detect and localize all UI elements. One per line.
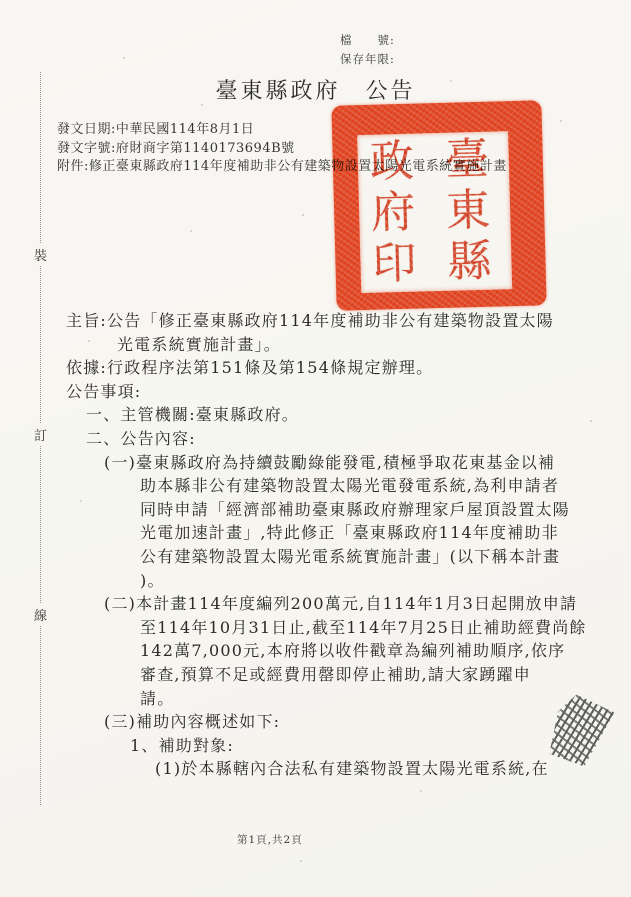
- page-number-footer: 第1頁,共2頁: [237, 832, 303, 847]
- binding-char-xian: 線: [33, 603, 48, 626]
- file-info-block: 檔 號: 保存年限:: [340, 31, 395, 69]
- body-line: 主旨:公告「修正臺東縣政府114年度補助非公有建築物設置太陽: [66, 309, 587, 333]
- body-line: 請。: [66, 687, 587, 711]
- body-line: (一)臺東縣政府為持續鼓勵綠能發電,積極爭取花東基金以補: [66, 451, 587, 475]
- body-line: 同時申請「經濟部補助臺東縣政府辦理家戶屋頂設置太陽: [66, 498, 587, 522]
- scanned-announcement-page: 檔 號: 保存年限: 臺東縣政府 公告 發文日期:中華民國114年8月1日 發文…: [0, 0, 631, 897]
- body-line: )。: [66, 569, 587, 593]
- binding-char-zhuang: 裝: [33, 243, 48, 266]
- body-line: 依據:行政程序法第151條及第154條規定辦理。: [66, 356, 587, 380]
- body-line: 1、補助對象:: [66, 734, 587, 758]
- body-line: 二、公告內容:: [66, 427, 587, 451]
- announcement-body: 主旨:公告「修正臺東縣政府114年度補助非公有建築物設置太陽 光電系統實施計畫」…: [66, 309, 587, 781]
- seal-column-right: 臺東縣: [444, 133, 500, 287]
- binding-char-ding: 訂: [33, 423, 48, 446]
- official-seal-stamp: 臺東縣 政府印: [331, 100, 546, 310]
- document-title: 臺東縣政府 公告: [0, 74, 631, 105]
- body-line: 審查,預算不足或經費用罄即停止補助,請大家踴躍申: [66, 663, 587, 687]
- body-line: 助本縣非公有建築物設置太陽光電發電系統,為利申請者: [66, 474, 587, 498]
- body-line: 光電加速計畫」,特此修正「臺東縣政府114年度補助非: [66, 521, 587, 545]
- body-line: 光電系統實施計畫」。: [66, 333, 587, 357]
- body-line: 至114年10月31日止,截至114年7月25日止補助經費尚餘: [66, 616, 587, 640]
- body-line: 142萬7,000元,本府將以收件戳章為編列補助順序,依序: [66, 639, 587, 663]
- body-line: (二)本計畫114年度編列200萬元,自114年1月3日起開放申請: [66, 592, 587, 616]
- body-line: 一、主管機關:臺東縣政府。: [66, 403, 587, 427]
- body-line: 公有建築物設置太陽光電系統實施計畫」(以下稱本計畫: [66, 545, 587, 569]
- file-number-label: 檔 號:: [340, 31, 395, 50]
- retention-period-label: 保存年限:: [340, 50, 395, 69]
- body-line: (三)補助內容概述如下:: [66, 710, 587, 734]
- body-line: 公告事項:: [66, 380, 587, 404]
- seal-characters: 臺東縣 政府印: [357, 131, 512, 293]
- scan-speckles: [123, 57, 125, 59]
- seal-column-left: 政府印: [369, 135, 425, 289]
- body-line: (1)於本縣轄內合法私有建築物設置太陽光電系統,在: [66, 757, 587, 781]
